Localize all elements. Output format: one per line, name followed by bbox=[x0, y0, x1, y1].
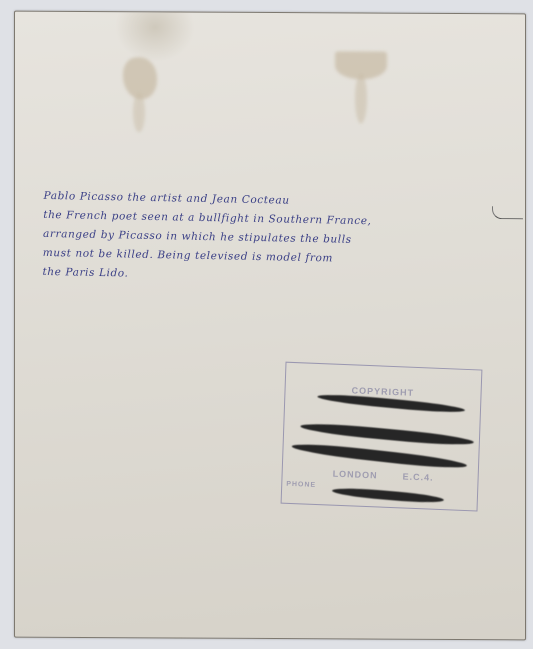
copyright-stamp: COPYRIGHT LONDON E.C.4. PHONE bbox=[281, 362, 483, 512]
adhesive-drip-left bbox=[133, 92, 145, 132]
stamp-phone-label: PHONE bbox=[286, 481, 316, 489]
stamp-postal: E.C.4. bbox=[402, 471, 433, 482]
handwritten-caption: Pablo Picasso the artist and Jean Coctea… bbox=[42, 187, 463, 290]
surface-abrasion bbox=[115, 12, 195, 62]
redaction-mark bbox=[332, 486, 444, 504]
redaction-mark bbox=[291, 441, 467, 471]
stamp-city: LONDON bbox=[332, 469, 377, 481]
redaction-mark bbox=[300, 421, 474, 448]
photograph-back: Pablo Picasso the artist and Jean Coctea… bbox=[14, 11, 526, 641]
adhesive-drip-right bbox=[355, 73, 367, 123]
edge-tear bbox=[492, 206, 523, 219]
